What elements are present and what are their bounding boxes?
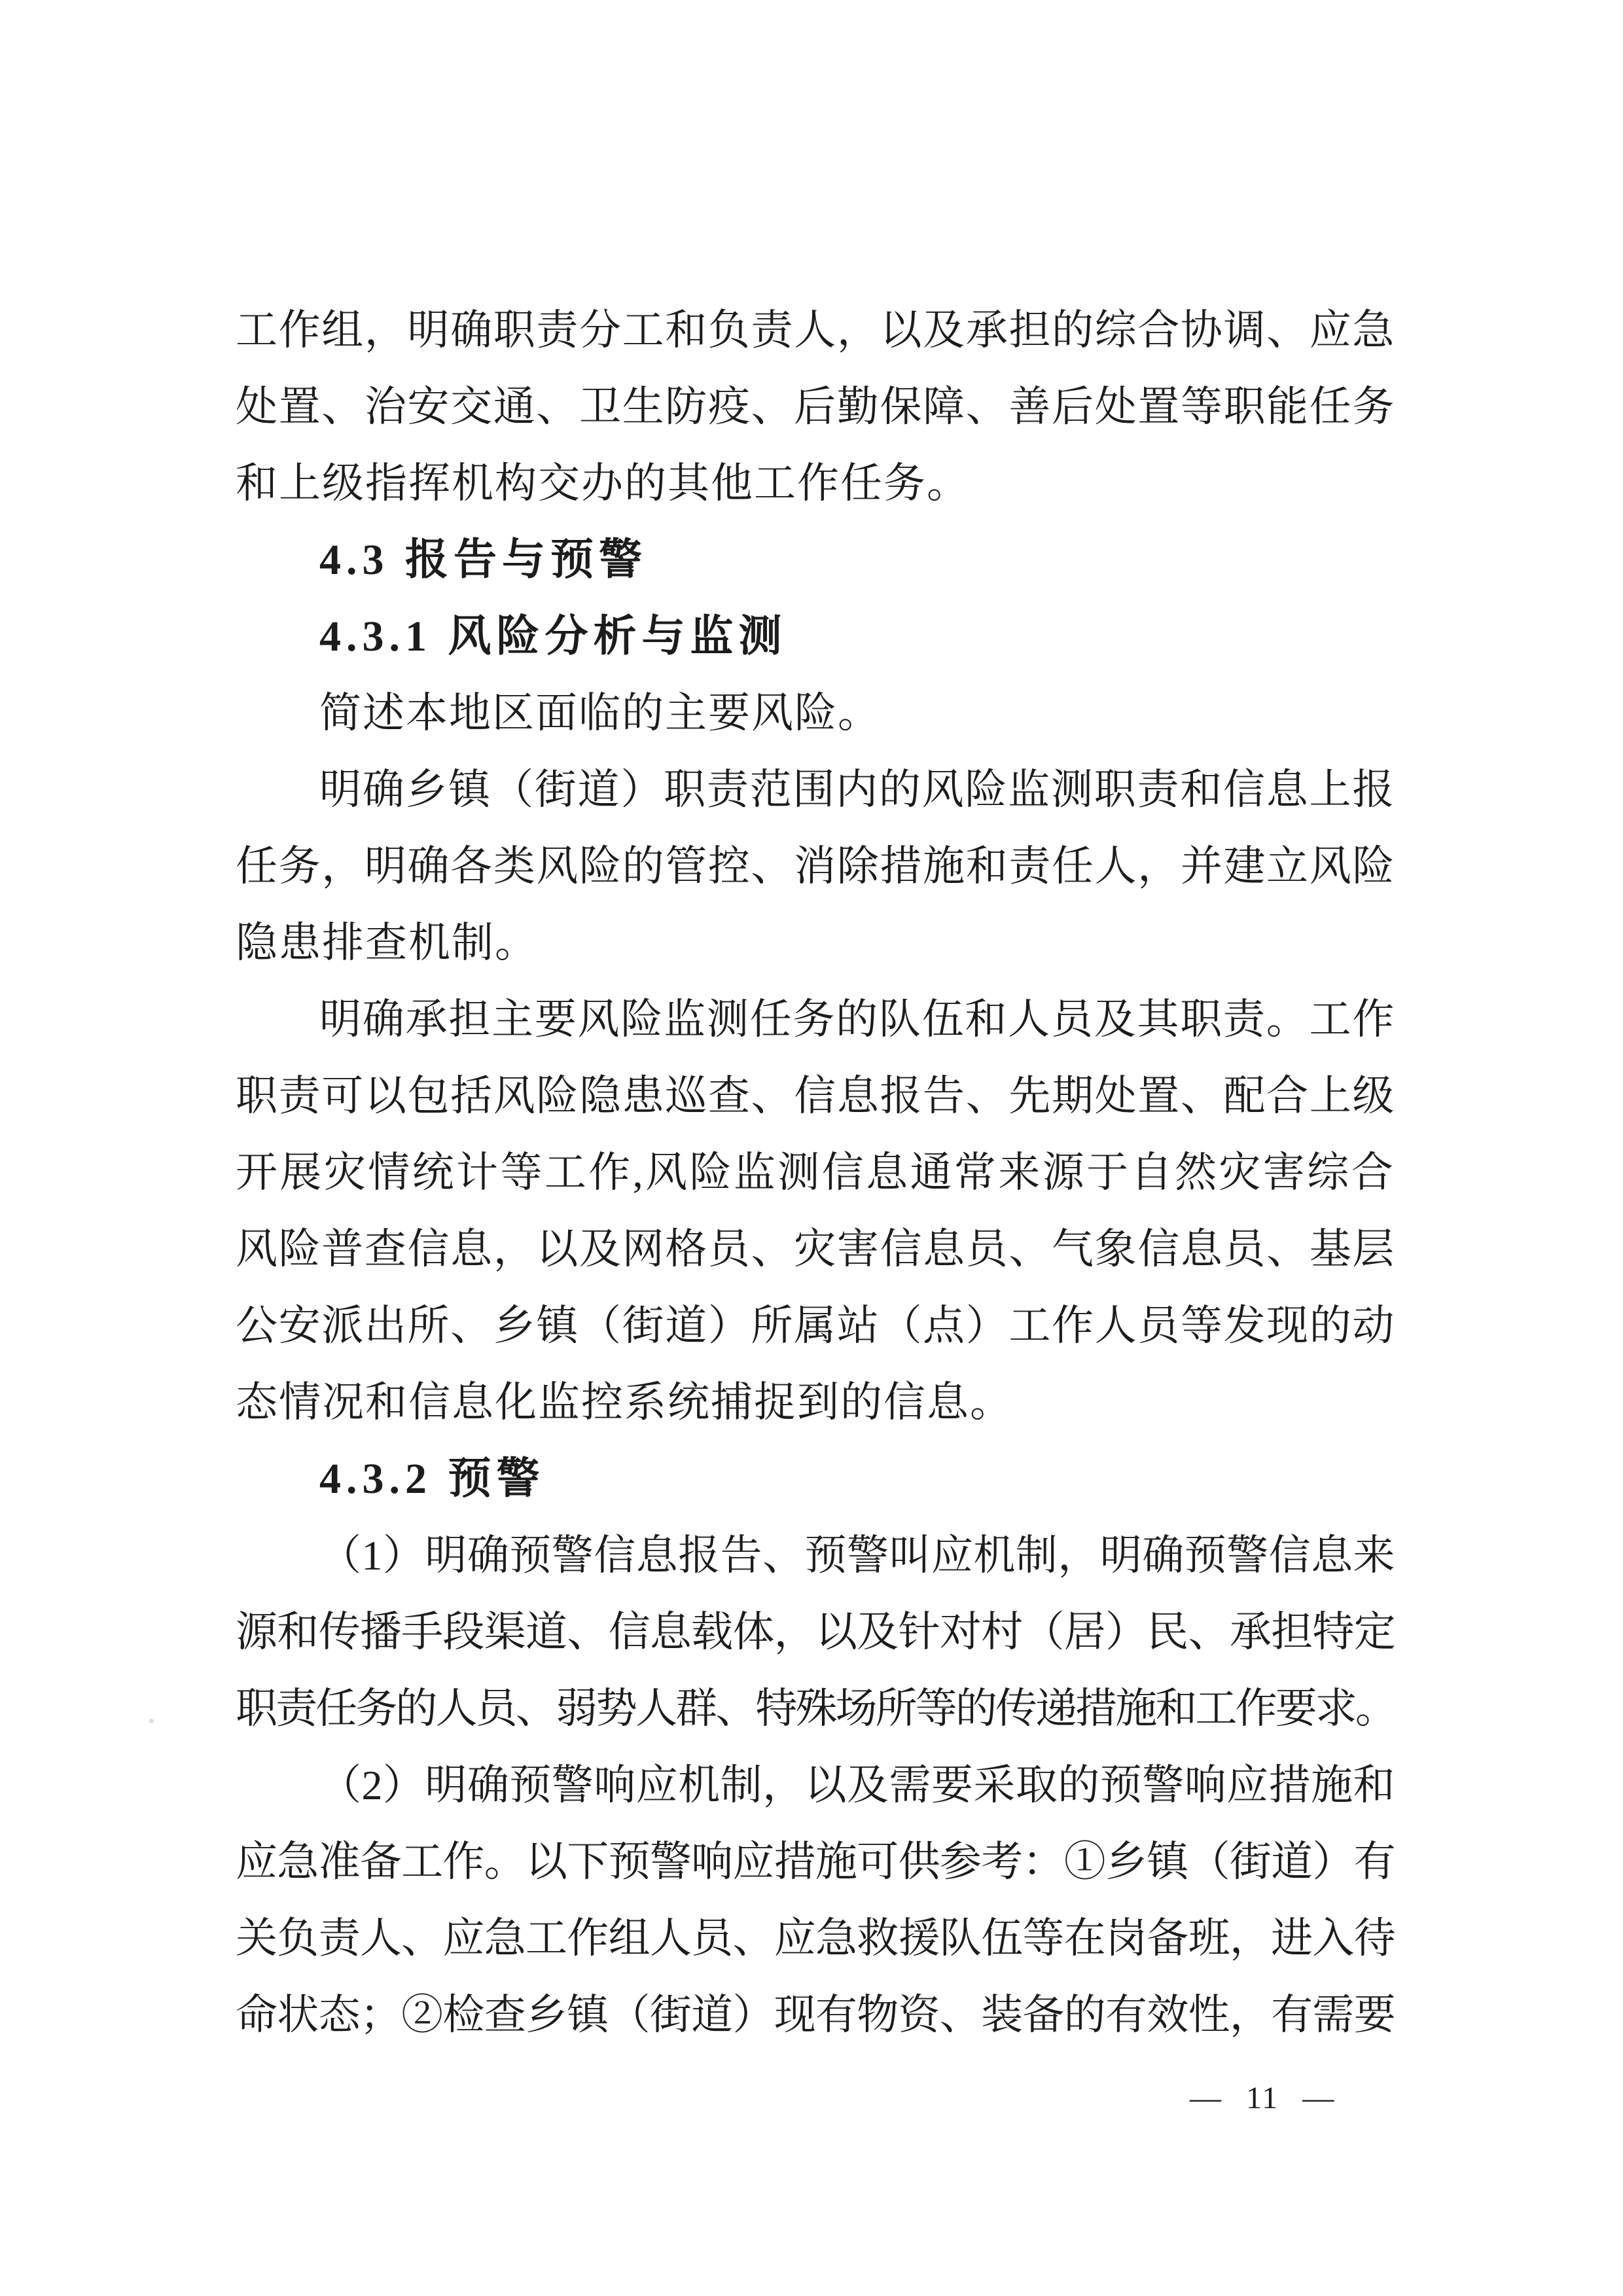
- body-line: （1）明确预警信息报告、预警叫应机制，明确预警信息来: [236, 1517, 1395, 1594]
- body-line: 态情况和信息化监控系统捕捉到的信息。: [236, 1364, 1395, 1441]
- body-line: 职责任务的人员、弱势人群、特殊场所等的传递措施和工作要求。: [236, 1670, 1395, 1747]
- body-line: 职责可以包括风险隐患巡查、信息报告、先期处置、配合上级: [236, 1058, 1395, 1134]
- section-heading: 4.3 报告与预警: [236, 522, 1395, 598]
- body-line: 处置、治安交通、卫生防疫、后勤保障、善后处置等职能任务: [236, 368, 1395, 445]
- line-text: 简述本地区面临的主要风险。: [319, 690, 881, 736]
- line-text: 职责任务的人员、弱势人群、特殊场所等的传递措施和工作要求。: [236, 1685, 1395, 1732]
- document-page: 工作组，明确职责分工和负责人，以及承担的综合协调、应急处置、治安交通、卫生防疫、…: [0, 0, 1623, 2296]
- line-text: 源和传播手段渠道、信息载体，以及针对村（居）民、承担特定: [236, 1609, 1395, 1655]
- line-text: 4.3 报告与预警: [319, 536, 647, 584]
- body-line: 简述本地区面临的主要风险。: [236, 675, 1395, 751]
- line-text: 态情况和信息化监控系统捕捉到的信息。: [236, 1379, 1013, 1426]
- line-text: 4.3.1 风险分析与监测: [319, 613, 787, 660]
- page-number: — 11 —: [1190, 2080, 1335, 2117]
- body-line: 和上级指挥机构交办的其他工作任务。: [236, 445, 1395, 522]
- text-block: 工作组，明确职责分工和负责人，以及承担的综合协调、应急处置、治安交通、卫生防疫、…: [236, 292, 1395, 2053]
- line-text: 明确乡镇（街道）职责范围内的风险监测职责和信息上报: [319, 766, 1395, 813]
- scan-speck: [149, 1719, 154, 1723]
- body-line: 工作组，明确职责分工和负责人，以及承担的综合协调、应急: [236, 292, 1395, 368]
- line-text: 隐患排查机制。: [236, 920, 538, 966]
- line-text: 公安派出所、乡镇（街道）所属站（点）工作人员等发现的动: [236, 1302, 1395, 1349]
- line-text: 风险普查信息，以及网格员、灾害信息员、气象信息员、基层: [236, 1226, 1395, 1272]
- body-line: 隐患排查机制。: [236, 905, 1395, 981]
- line-text: 任务，明确各类风险的管控、消除措施和责任人，并建立风险: [236, 843, 1395, 889]
- line-text: 职责可以包括风险隐患巡查、信息报告、先期处置、配合上级: [236, 1073, 1395, 1119]
- body-line: （2）明确预警响应机制，以及需要采取的预警响应措施和: [236, 1747, 1395, 1823]
- line-text: 4.3.2 预警: [319, 1455, 545, 1503]
- line-text: 命状态；②检查乡镇（街道）现有物资、装备的有效性，有需要: [236, 1992, 1395, 2038]
- line-text: 明确承担主要风险监测任务的队伍和人员及其职责。工作: [319, 996, 1395, 1043]
- body-line: 明确乡镇（街道）职责范围内的风险监测职责和信息上报: [236, 751, 1395, 828]
- body-line: 风险普查信息，以及网格员、灾害信息员、气象信息员、基层: [236, 1211, 1395, 1287]
- line-text: （1）明确预警信息报告、预警叫应机制，明确预警信息来: [319, 1532, 1395, 1579]
- body-line: 公安派出所、乡镇（街道）所属站（点）工作人员等发现的动: [236, 1287, 1395, 1364]
- line-text: 关负责人、应急工作组人员、应急救援队伍等在岗备班，进入待: [236, 1915, 1395, 1962]
- body-line: 明确承担主要风险监测任务的队伍和人员及其职责。工作: [236, 981, 1395, 1058]
- body-line: 应急准备工作。以下预警响应措施可供参考：①乡镇（街道）有: [236, 1823, 1395, 1900]
- line-text: 工作组，明确职责分工和负责人，以及承担的综合协调、应急: [236, 307, 1395, 353]
- line-text: 开展灾情统计等工作,风险监测信息通常来源于自然灾害综合: [236, 1149, 1395, 1196]
- line-text: （2）明确预警响应机制，以及需要采取的预警响应措施和: [319, 1762, 1395, 1808]
- body-line: 任务，明确各类风险的管控、消除措施和责任人，并建立风险: [236, 828, 1395, 905]
- body-line: 关负责人、应急工作组人员、应急救援队伍等在岗备班，进入待: [236, 1900, 1395, 1977]
- body-line: 开展灾情统计等工作,风险监测信息通常来源于自然灾害综合: [236, 1134, 1395, 1211]
- line-text: 应急准备工作。以下预警响应措施可供参考：①乡镇（街道）有: [236, 1839, 1395, 1885]
- body-line: 源和传播手段渠道、信息载体，以及针对村（居）民、承担特定: [236, 1594, 1395, 1670]
- section-heading: 4.3.2 预警: [236, 1441, 1395, 1517]
- line-text: 处置、治安交通、卫生防疫、后勤保障、善后处置等职能任务: [236, 384, 1395, 430]
- line-text: 和上级指挥机构交办的其他工作任务。: [236, 460, 970, 507]
- section-heading: 4.3.1 风险分析与监测: [236, 598, 1395, 675]
- body-line: 命状态；②检查乡镇（街道）现有物资、装备的有效性，有需要: [236, 1977, 1395, 2053]
